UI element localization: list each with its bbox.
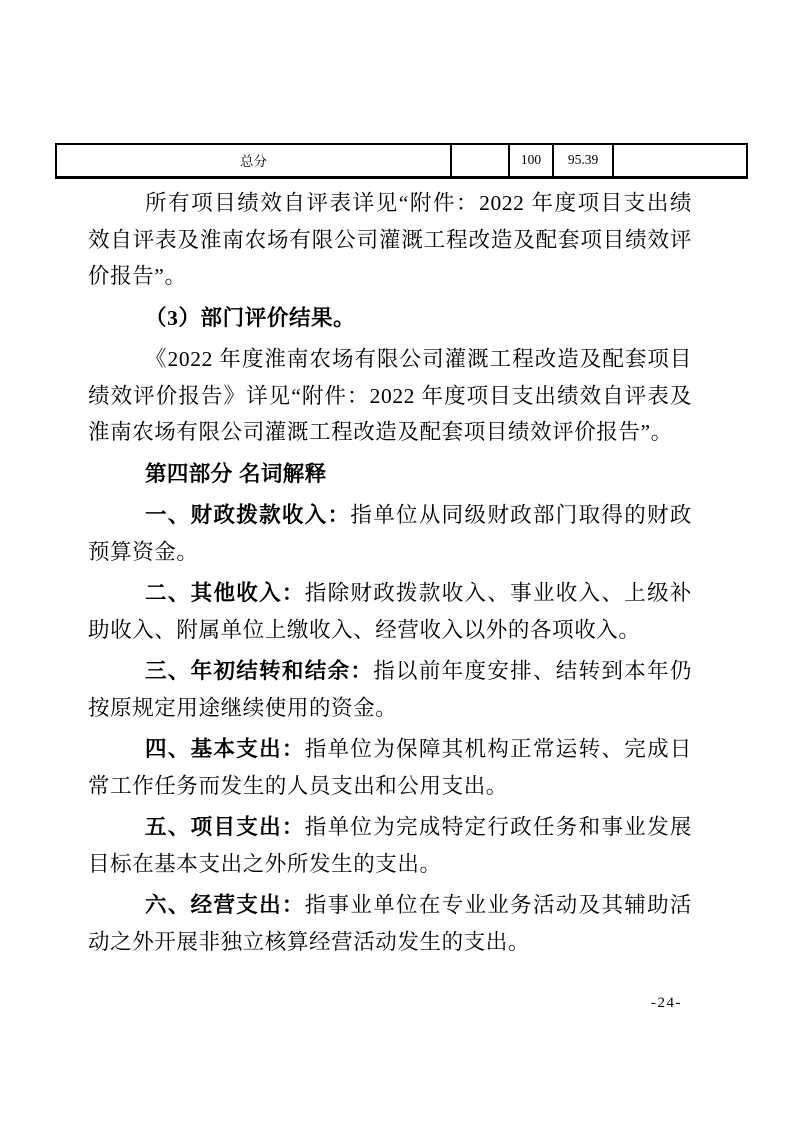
text-segment: 所有项目绩效自评表详见“附件：2022 年度项目支出绩效自评表及淮南农场有限公司… (88, 191, 692, 288)
document-body: 所有项目绩效自评表详见“附件：2022 年度项目支出绩效自评表及淮南农场有限公司… (88, 185, 692, 965)
bold-text-segment: （3）部门评价结果。 (145, 306, 355, 330)
bold-text-segment: 二、其他收入： (145, 581, 305, 605)
bold-text-segment: 三、年初结转和结余： (145, 659, 373, 683)
total-label-cell: 总分 (56, 144, 451, 177)
bold-text-segment: 五、项目支出： (145, 815, 305, 839)
paragraph-self-eval-attachment: 所有项目绩效自评表详见“附件：2022 年度项目支出绩效自评表及淮南农场有限公司… (88, 185, 692, 295)
heading-dept-eval-result: （3）部门评价结果。 (88, 300, 692, 337)
bold-text-segment: 一、财政拨款收入： (145, 503, 350, 527)
bold-text-segment: 第四部分 名词解释 (145, 462, 327, 486)
bold-text-segment: 六、经营支出： (145, 893, 305, 917)
max-score-cell: 100 (509, 144, 553, 177)
document-page: 总分 100 95.39 所有项目绩效自评表详见“附件：2022 年度项目支出绩… (0, 0, 794, 1123)
term-6-operating-expenditure: 六、经营支出：指事业单位在专业业务活动及其辅助活动之外开展非独立核算经营活动发生… (88, 887, 692, 960)
term-1-fiscal-appropriation-income: 一、财政拨款收入：指单位从同级财政部门取得的财政预算资金。 (88, 497, 692, 570)
text-segment: 《2022 年度淮南农场有限公司灌溉工程改造及配套项目绩效评价报告》详见“附件：… (88, 347, 692, 444)
score-table: 总分 100 95.39 (55, 143, 748, 179)
section-heading-part4-glossary: 第四部分 名词解释 (88, 456, 692, 493)
term-3-carryover-and-surplus: 三、年初结转和结余：指以前年度安排、结转到本年仍按原规定用途继续使用的资金。 (88, 653, 692, 726)
empty-cell (451, 144, 509, 177)
paragraph-dept-eval-report: 《2022 年度淮南农场有限公司灌溉工程改造及配套项目绩效评价报告》详见“附件：… (88, 341, 692, 451)
bold-text-segment: 四、基本支出： (145, 737, 305, 761)
term-4-basic-expenditure: 四、基本支出：指单位为保障其机构正常运转、完成日常工作任务而发生的人员支出和公用… (88, 731, 692, 804)
empty-cell (613, 144, 747, 177)
term-5-project-expenditure: 五、项目支出：指单位为完成特定行政任务和事业发展目标在基本支出之外所发生的支出。 (88, 809, 692, 882)
score-cell: 95.39 (553, 144, 613, 177)
score-table-total-row: 总分 100 95.39 (56, 144, 747, 177)
term-2-other-income: 二、其他收入：指除财政拨款收入、事业收入、上级补助收入、附属单位上缴收入、经营收… (88, 575, 692, 648)
page-number: -24- (651, 995, 682, 1012)
